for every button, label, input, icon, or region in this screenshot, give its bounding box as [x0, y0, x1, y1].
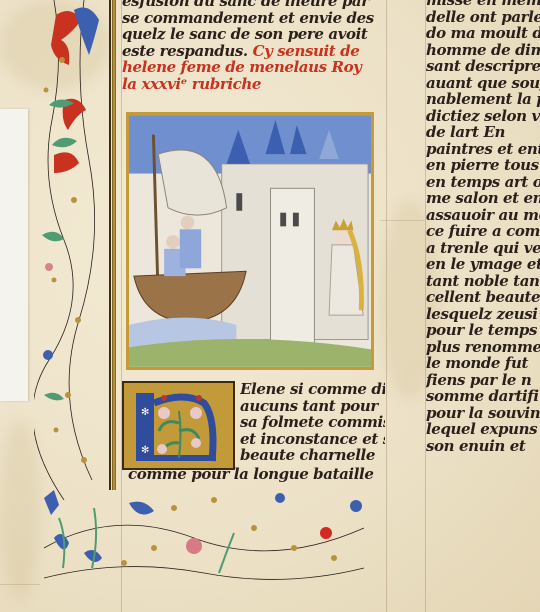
text-line: fiens par le n [426, 372, 540, 389]
left-column-top-text: esfusion du sanc de lheure par se comman… [122, 0, 384, 92]
text-line: ce fuire a comp [426, 223, 540, 240]
decorated-initial: ✻ ✻ [122, 381, 235, 470]
text-after-initial: Elene si comme dient aucuns tant pour sa… [240, 381, 385, 464]
floral-border-left [34, 0, 110, 500]
text-line: delle ont parle [426, 9, 540, 26]
text-line: do ma moult de [426, 25, 540, 42]
ruling-line [380, 220, 425, 221]
text-line: quelz le sanc de son pere avoit [122, 26, 384, 43]
text-line: de lart En [426, 124, 540, 141]
text-line: tant noble tan [426, 273, 540, 290]
text-line: lequel expuns [426, 421, 540, 438]
text-line: le monde fut [426, 355, 540, 372]
text-line: me salon et en [426, 190, 540, 207]
floral-border-bottom [34, 488, 374, 588]
text-line: en le ymage et [426, 256, 540, 273]
text-line: pour le temps [426, 322, 540, 339]
miniature-scene [129, 115, 371, 367]
text-line: Elene si comme dient [240, 381, 385, 398]
rubric-heading: Cy sensuit de [253, 42, 360, 60]
text-line: sant descripre [426, 58, 540, 75]
text-line: auant que souff [426, 75, 540, 92]
text-fragment: este respandus. [122, 42, 248, 60]
text-line: paintres et enta [426, 141, 540, 158]
text-line: sa folmete commise [240, 414, 385, 431]
text-after-initial-last: comme pour la longue bataille [128, 466, 388, 483]
text-line: assauoir au mo [426, 207, 540, 224]
svg-text:✻: ✻ [141, 445, 149, 456]
svg-text:✻: ✻ [141, 407, 149, 418]
border-bar [109, 0, 111, 490]
right-column-text: misse en mem delle ont parle do ma moult… [426, 0, 540, 454]
paper-slip [0, 109, 28, 401]
text-line: este respandus. Cy sensuit de [122, 43, 384, 60]
miniature-painting [126, 112, 374, 370]
gold-border-bar [112, 0, 116, 490]
rubric-heading: helene feme de menelaus Roy [122, 59, 384, 76]
text-line: cellent beaute [426, 289, 540, 306]
text-line: pour la souvin [426, 405, 540, 422]
text-line: dictiez selon veri [426, 108, 540, 125]
text-line: en pierre tous [426, 157, 540, 174]
text-line: beaute charnelle [240, 447, 385, 464]
text-line: a trenle qui ve [426, 240, 540, 257]
ruling-line [386, 0, 387, 612]
text-line: et inconstance et sa [240, 431, 385, 448]
text-line: se commandement et envie des [122, 10, 384, 27]
text-line: somme dartifi [426, 388, 540, 405]
text-line: lesquelz zeusi [426, 306, 540, 323]
text-line: en temps art on [426, 174, 540, 191]
text-line: comme pour la longue bataille [128, 466, 388, 483]
text-line: homme de dimi [426, 42, 540, 59]
text-line: nablement la p [426, 91, 540, 108]
text-line: son enuin et [426, 438, 540, 455]
manuscript-page: esfusion du sanc de lheure par se comman… [0, 0, 540, 612]
rubric-heading: la xxxviᵉ rubriche [122, 76, 384, 93]
initial-letter-h-icon: ✻ ✻ [124, 383, 233, 468]
text-line: plus renomme [426, 339, 540, 356]
text-line: aucuns tant pour [240, 398, 385, 415]
